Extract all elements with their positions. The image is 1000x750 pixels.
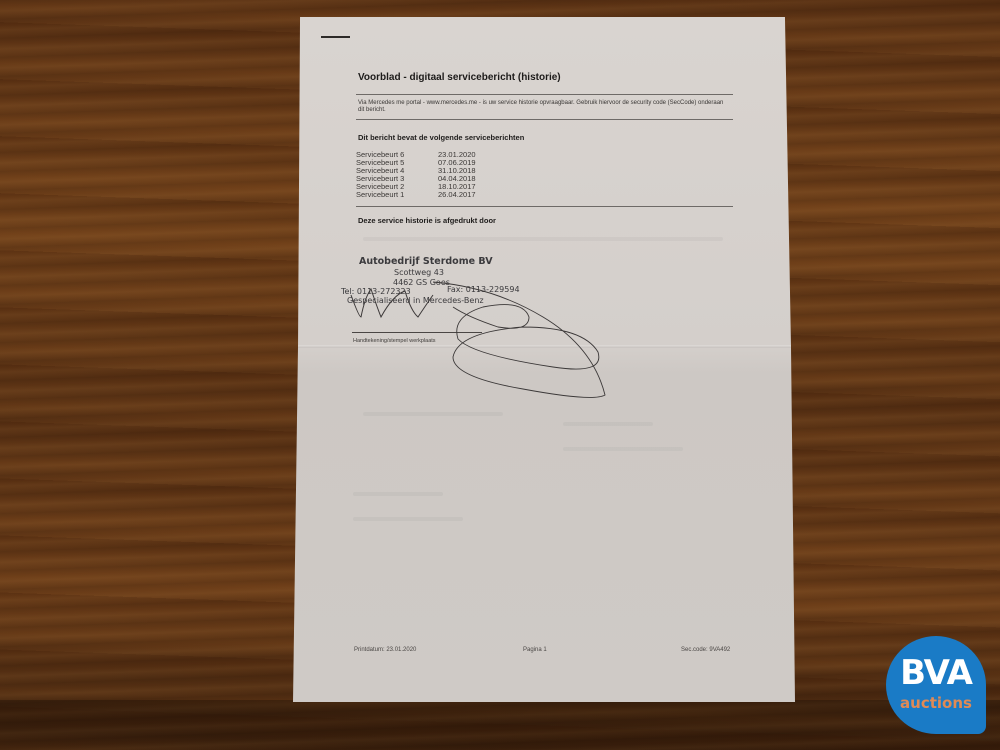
signature-label: Handtekening/stempel werkplaats [353,338,436,344]
intro-text: Via Mercedes me portal - www.mercedes.me… [358,100,728,114]
punch-mark [321,36,350,38]
bva-auctions-logo: BVA auctions [886,636,986,734]
document-title: Voorblad - digitaal servicebericht (hist… [358,72,561,83]
service-list: Servicebeurt 623.01.2020 Servicebeurt 50… [356,151,476,199]
show-through-text [353,492,443,496]
show-through-text [563,422,653,426]
print-date: Printdatum: 23.01.2020 [354,647,416,653]
page-number: Pagina 1 [523,647,547,653]
printed-by-heading: Deze service historie is afgedrukt door [358,216,496,225]
divider [356,119,733,120]
services-heading: Dit bericht bevat de volgende serviceber… [358,133,524,142]
logo-sub-text: auctions [886,694,986,712]
show-through-text [563,447,683,451]
stamp-street: Scottweg 43 [394,268,444,278]
signature-line [352,332,482,333]
service-document: Voorblad - digitaal servicebericht (hist… [293,17,795,702]
logo-brand-text: BVA [886,653,986,693]
paper-fold [293,345,795,348]
show-through-text [353,517,463,521]
table-surface [0,700,1000,750]
stamp-specialisation: Gespecialiseerd in Mercedes-Benz [347,296,484,306]
stamp-fax: Fax: 0113-229594 [447,285,520,295]
security-code: Sec.code: 9VA492 [681,647,730,653]
show-through-text [363,412,503,416]
service-row: Servicebeurt 126.04.2017 [356,191,476,199]
divider [356,94,733,95]
show-through-text [363,237,723,241]
divider [356,206,733,207]
stamp-company: Autobedrijf Sterdome BV [359,257,493,267]
